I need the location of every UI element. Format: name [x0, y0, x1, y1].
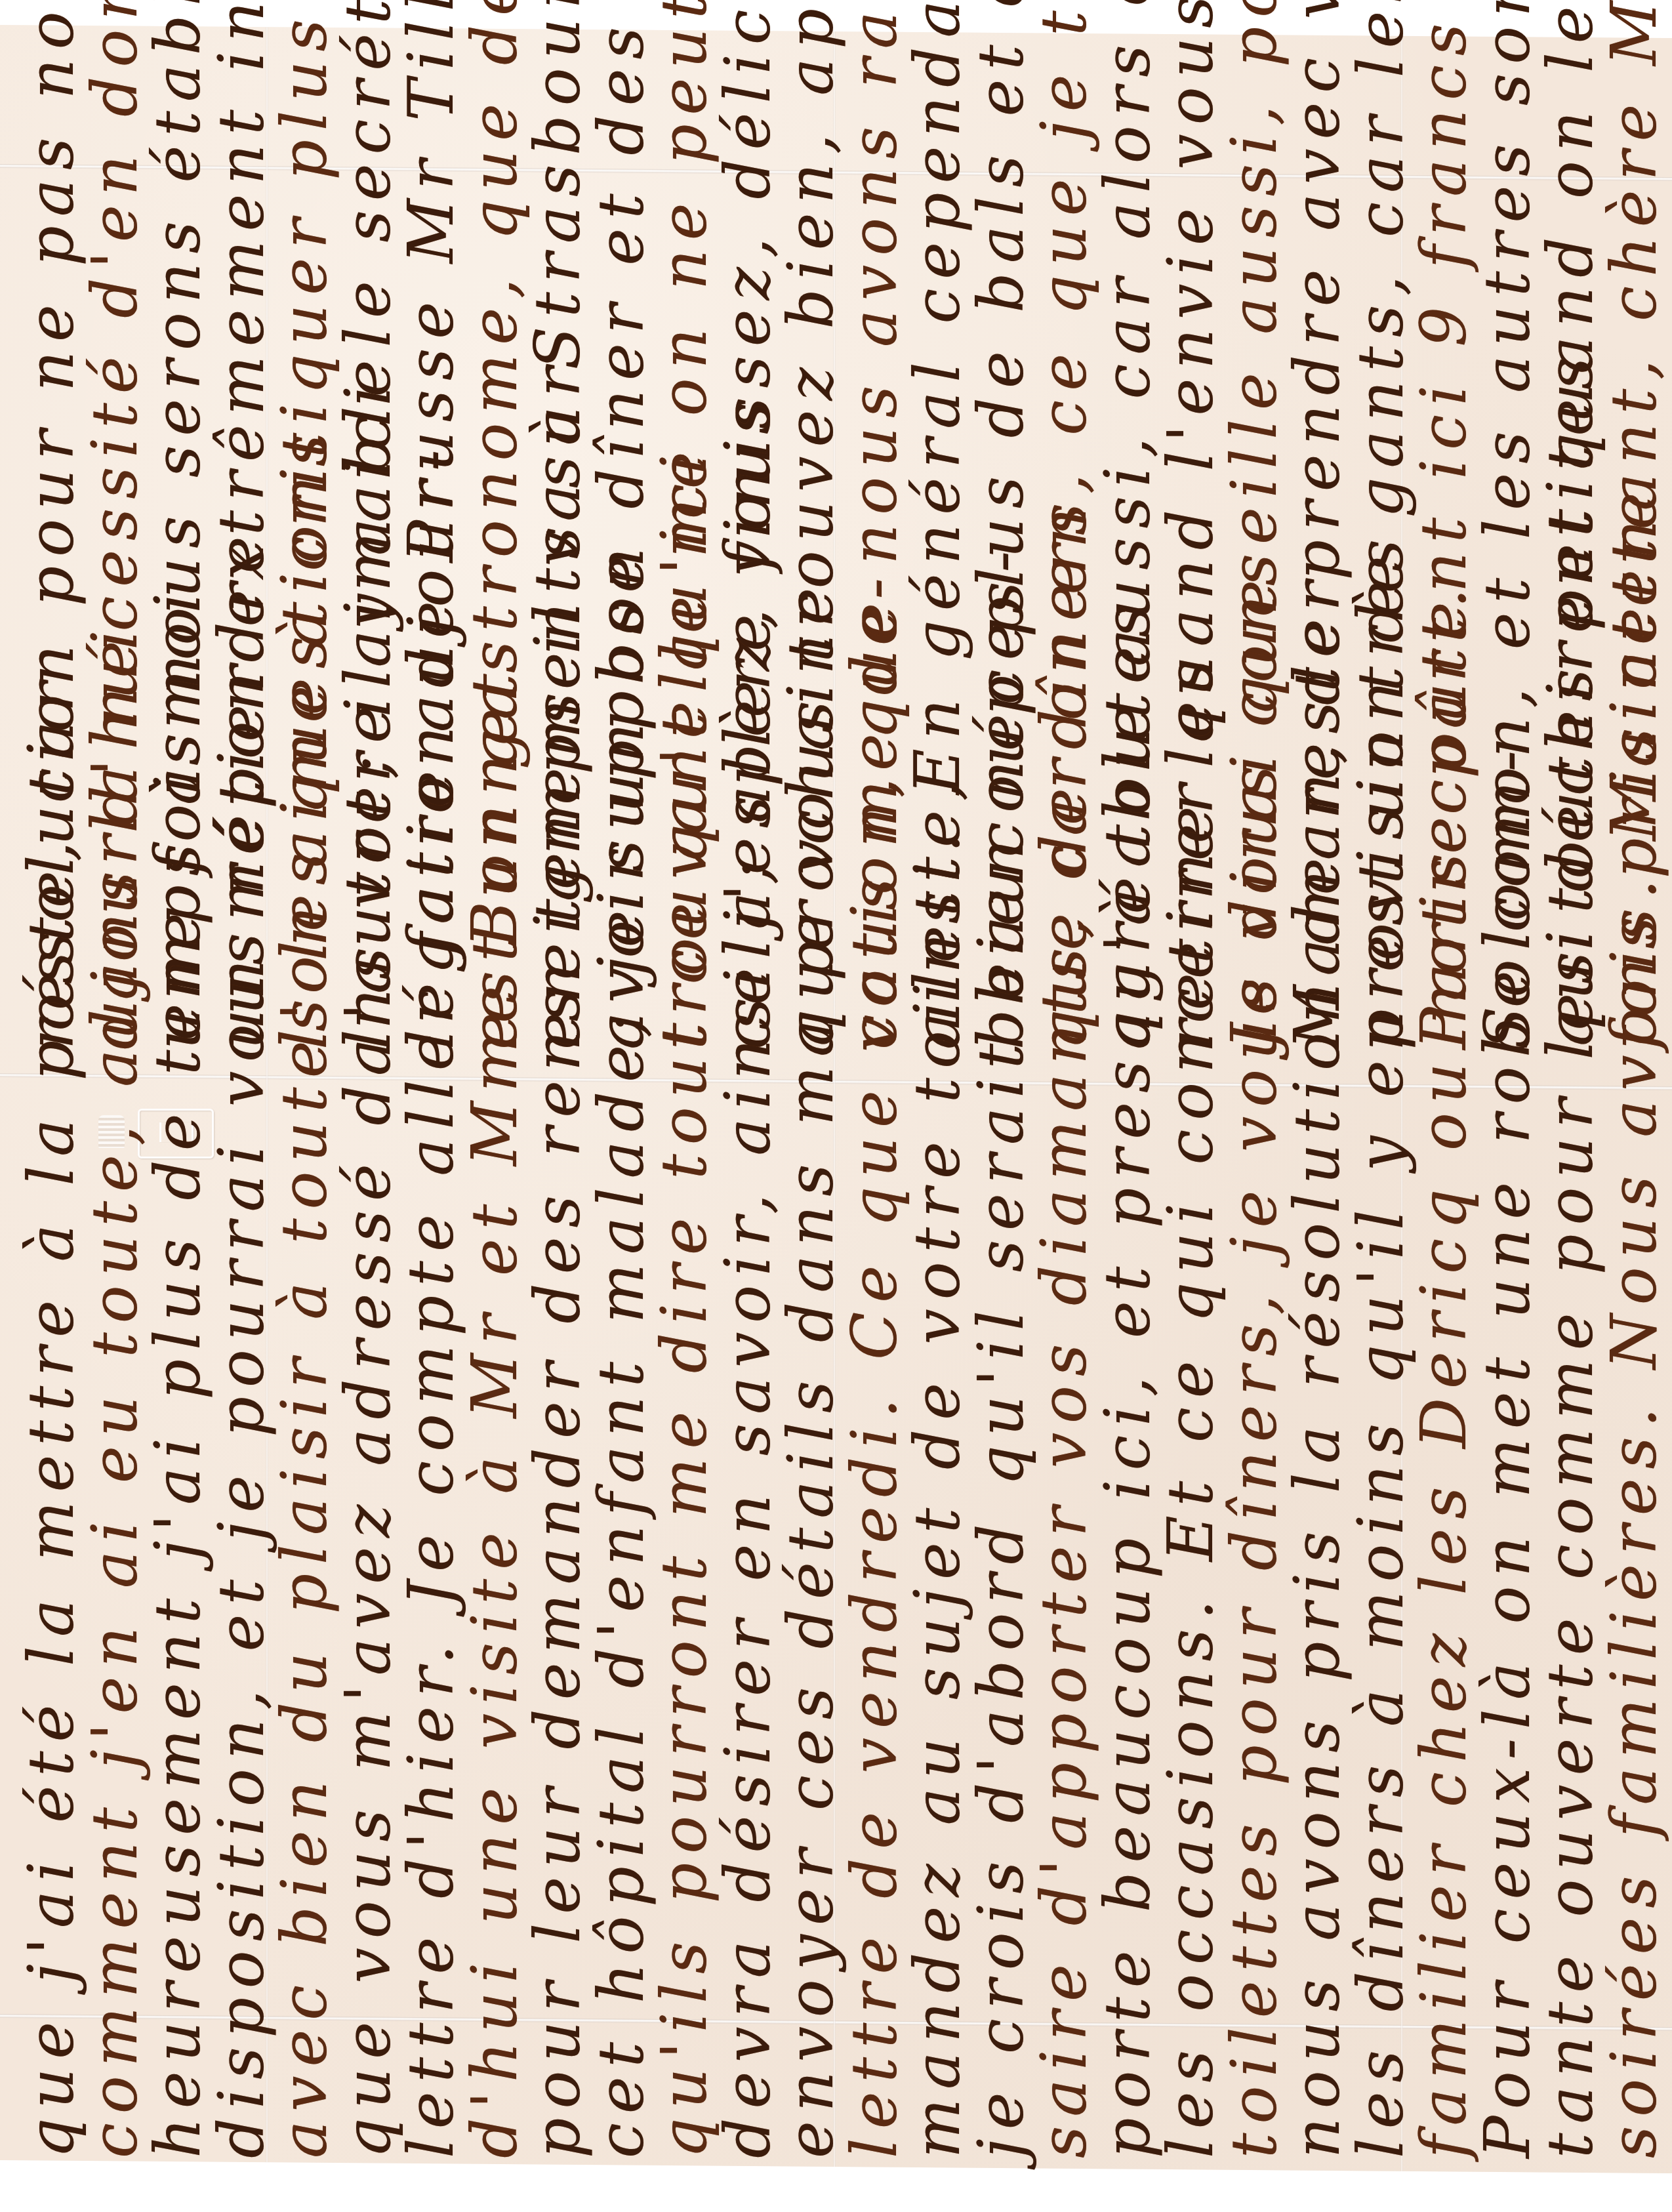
handwritten-line: avec bien du plaisir à toutes les questi…: [273, 425, 336, 2158]
handwritten-line: tante ouverte comme pour les toutes peti…: [1539, 348, 1602, 2158]
handwritten-line: soirées familières. Nous avons pris cett…: [1602, 483, 1665, 2158]
handwritten-line: porte beaucoup ici, et presqu'à toutes: [1096, 596, 1159, 2158]
handwritten-line: pour leur demander des renseignements su…: [526, 358, 589, 2158]
handwritten-line: que j'ai été la mettre à la poste, car: [20, 672, 83, 2158]
handwritten-line: nous avons pris la résolution de rester: [1286, 572, 1349, 2158]
handwritten-line: devra désirer en savoir, ainsi j'espère …: [716, 393, 779, 2158]
handwritten-line: que vous m'avez adressé dans votre aimab…: [336, 350, 399, 2158]
handwritten-line: familier chez les Dericq ou notre part.: [1412, 579, 1475, 2158]
handwritten-line: toilettes pour dîners, je vous dirai que: [1223, 571, 1286, 2158]
handwritten-line: les occasions. Et ce qui concerne les: [1159, 651, 1222, 2158]
handwritten-line: les dîners à moins qu'il y en est un trè…: [1349, 530, 1412, 2158]
handwritten-line: mandez au sujet de votre toilette,: [906, 772, 969, 2158]
handwritten-line: saire d'apporter vos diamants, car on en: [1032, 499, 1095, 2158]
handwritten-line: d'hui une visite à Mr et Mme Bonnet: [463, 665, 526, 2158]
handwritten-line: heureusement j'ai plus de temps à moi: [146, 584, 209, 2158]
handwritten-line: disposition, et je pourrai vous répondre: [210, 527, 273, 2158]
handwritten-line: envoyer ces détails dans ma prochaine: [779, 579, 842, 2158]
handwritten-line: lettre de vendredi. Ce que vous me de-: [843, 569, 906, 2158]
handwritten-line: cet hôpital d'enfant malade; je suppose: [590, 546, 653, 2158]
handwritten-line: Pour ceux-là on met une robe com-: [1476, 741, 1539, 2158]
handwritten-line: je crois d'abord qu'il serait bien néces…: [969, 542, 1032, 2158]
handwritten-line: lettre d'hier. Je compte aller faire auj…: [399, 440, 462, 2158]
letter-page-bottom: que j'ai été la mettre à la poste, carco…: [0, 1076, 1672, 2158]
handwritten-line: qu'ils pourront me dire tout ce qu'elle …: [653, 442, 716, 2158]
handwritten-line: comment j'en ai eu toute, aujourd'hui: [83, 621, 146, 2158]
